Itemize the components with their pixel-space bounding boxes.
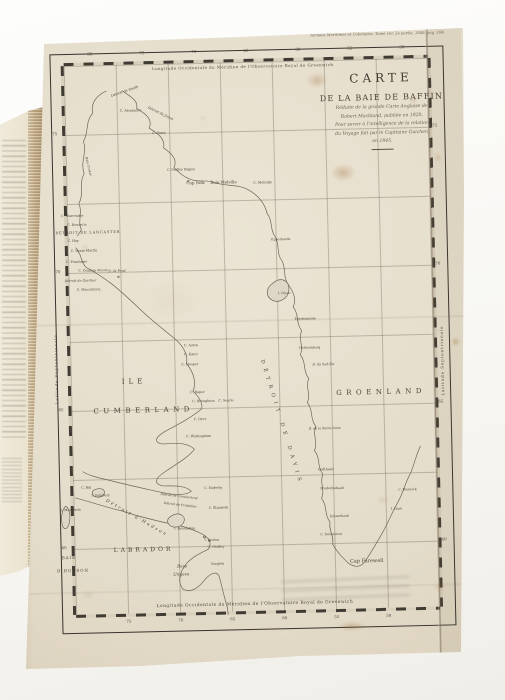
map-label: 70 [191,50,196,54]
map-label: B. de Pond [108,270,125,274]
map-label: Détroit de Gardner [65,279,97,283]
map-label: 75 [139,51,144,55]
map-label: 60 [295,48,300,52]
map-label: C. Melville [253,181,271,185]
map-label: 80 [87,52,92,56]
map-label: 65 [243,49,248,53]
map-label: CUMBERLAND [93,406,194,415]
map-label: 60 [282,616,287,620]
map-label: 70 [178,618,183,622]
map-label: Julianehaab [330,515,349,519]
map-label: 55 [334,615,339,619]
map-label: 50 [386,614,391,618]
map-label: Holsteinborg [299,346,320,350]
map-label: 60 [62,546,67,550]
map-label: C. Hill [81,487,91,490]
map-label: C. Hay [68,240,79,244]
map-label: C. Raper [190,391,205,395]
map-label: C. Fanshawe [66,261,87,265]
map-label: DÉTROIT DE LANCASTER [55,231,120,236]
map-label: B. de la Reine Anne [309,427,341,431]
map-label: I. Mansfield [61,509,81,513]
map-label: C. Dyer [194,418,207,422]
map-label: C. Enderby [204,487,222,491]
map-label: C. Warrender [61,215,84,219]
map-label: I. Résolution [174,527,195,531]
map-plate: Annales Maritimes et Coloniales. Tome 1e… [0,0,505,700]
map-label: BAIE [62,556,76,560]
map-label: C. Bouverie [67,224,87,228]
map-plate-inner: Annales Maritimes et Coloniales. Tome 1e… [17,23,475,663]
book-page-text [2,140,26,440]
map-label: Uppernavik [271,238,291,242]
map-label: Baie Croker [84,157,92,177]
map-label: Détroit de Frobisher [163,502,196,509]
map-label: C. Chidley [208,546,225,550]
map-label: C. Searle [218,399,233,403]
map-label: Détroit d'Hudson [104,500,167,539]
map-label: LABRADOR [114,547,174,554]
map-label: GROENLAND [336,388,426,397]
map-label: Détroit de Cumberland [160,493,198,501]
map-label: C. Macculloch [77,288,101,292]
map-label: B. du Sud-Est [312,363,334,367]
map-label: C. Parry [152,132,166,136]
map-label: C. Hooper [181,363,198,367]
map-label: Ungava [173,572,189,577]
map-label: 65 [230,617,235,621]
map-label: C. Walsingham [186,435,211,439]
map-label: 75 [52,132,57,136]
map-label: I. Bouton [204,539,219,543]
map-label: 70 [55,270,60,274]
map-label: Détroit de Jones [147,106,174,121]
map-label: C. Dudley Digges [167,168,195,172]
map-label: I. Disco [278,292,291,296]
map-label: Frederikshaab [320,487,344,491]
map-label: C. Kater [184,353,198,357]
map-label: Saeglek [211,563,224,566]
map-label: Baie Melville [210,180,237,185]
map-label: C. Warwick [398,488,416,492]
map-label: I. Salisbury [91,494,110,498]
map-label: 75 [126,620,131,624]
map-label: D'HUDSON [57,569,89,574]
map-label: C. Désolation [320,533,342,537]
map-label: Godthaab [318,468,334,472]
map-label: C. Aston [184,344,198,348]
verso-show-through [281,575,410,606]
map-label: 50 [399,45,404,49]
map-label: I. Hare [391,507,402,510]
map-label: C. Graham Moore [78,269,108,273]
map-label: Cap York [186,181,204,185]
map-label: Baye [177,564,188,568]
map-label: C. Elizabeth [209,506,229,510]
map-label: C. Alexander [120,109,142,113]
map-label: Détroit de Smith [111,86,139,99]
map-label: ILE [122,378,147,386]
map-label: 55 [347,47,352,51]
map-label: DÉTROIT DE DAVIS [259,359,303,486]
map-label: Cap Farewell [350,559,384,565]
book-page-footnote [2,458,22,504]
map-label: C. Broughton [192,400,214,404]
map-label: 65 [58,408,63,412]
